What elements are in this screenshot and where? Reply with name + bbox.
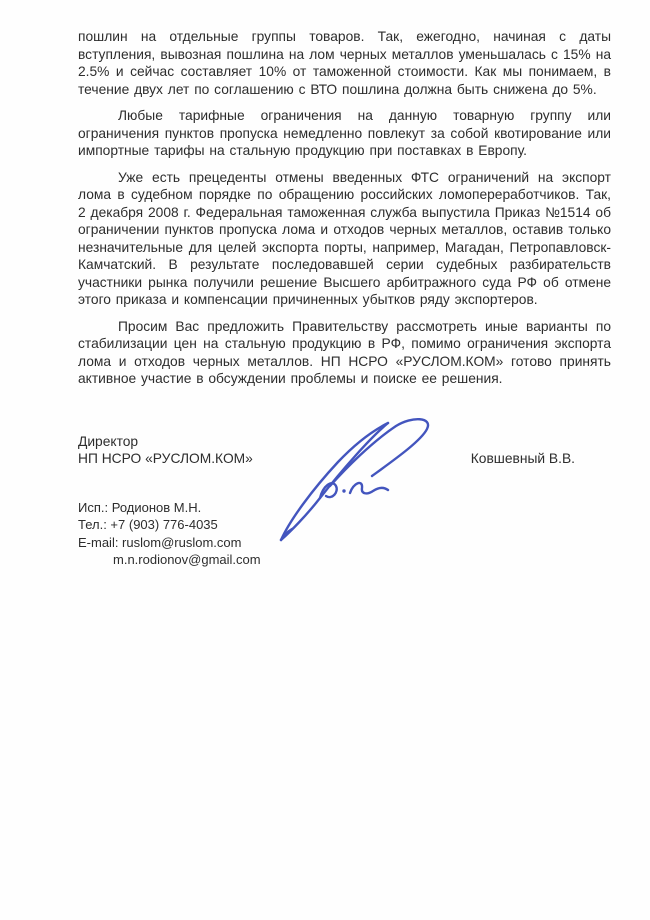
email-line-1: E-mail: ruslom@ruslom.com <box>78 534 611 552</box>
letter-body: пошлин на отдельные группы товаров. Так,… <box>78 28 611 388</box>
signer-title-line-2: НП НСРО «РУСЛОМ.КОМ» <box>78 450 471 468</box>
signature-block: Директор НП НСРО «РУСЛОМ.КОМ» Ковшевный … <box>78 433 611 468</box>
body-paragraph: Просим Вас предложить Правительству расс… <box>78 318 611 388</box>
document-page: пошлин на отдельные группы товаров. Так,… <box>0 0 650 920</box>
body-paragraph: Уже есть прецеденты отмены введенных ФТС… <box>78 169 611 309</box>
phone-line: Тел.: +7 (903) 776-4035 <box>78 516 611 534</box>
executor-line: Исп.: Родионов М.Н. <box>78 499 611 517</box>
signer-title-line-1: Директор <box>78 433 471 451</box>
signer-title: Директор НП НСРО «РУСЛОМ.КОМ» <box>78 433 471 468</box>
body-paragraph: пошлин на отдельные группы товаров. Так,… <box>78 28 611 98</box>
email-line-2: m.n.rodionov@gmail.com <box>78 551 611 569</box>
signer-name: Ковшевный В.В. <box>471 450 575 468</box>
body-paragraph: Любые тарифные ограничения на данную тов… <box>78 107 611 160</box>
contact-footer: Исп.: Родионов М.Н. Тел.: +7 (903) 776-4… <box>78 499 611 569</box>
